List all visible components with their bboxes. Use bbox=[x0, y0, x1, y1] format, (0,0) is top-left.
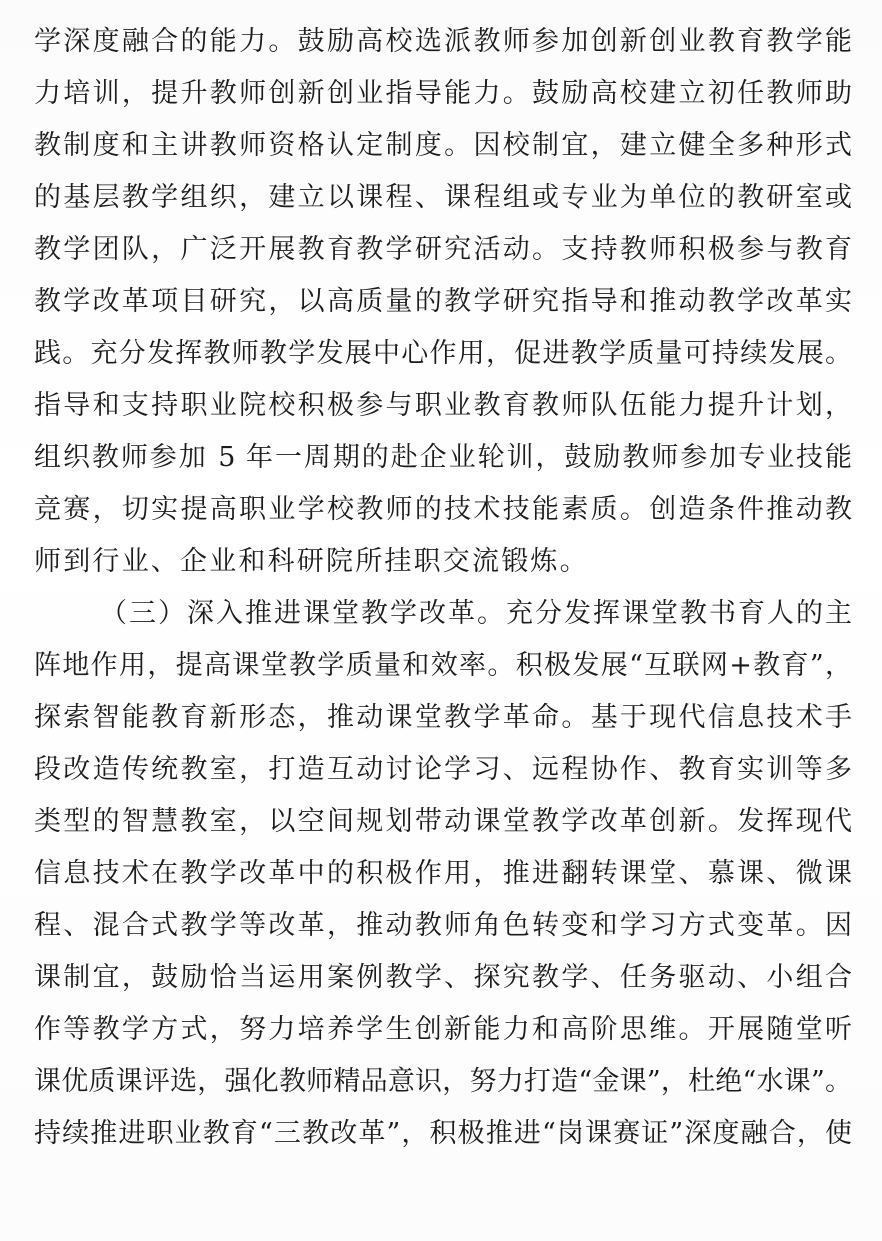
text-line: 组织教师参加 5 年一周期的赴企业轮训，鼓励教师参加专业技能 bbox=[34, 432, 852, 484]
text-line: 程、混合式教学等改革，推动教师角色转变和学习方式变革。因 bbox=[34, 900, 852, 952]
text-line: 类型的智慧教室，以空间规划带动课堂教学改革创新。发挥现代 bbox=[34, 796, 852, 848]
document-page: 学深度融合的能力。鼓励高校选派教师参加创新创业教育教学能 力培训，提升教师创新创… bbox=[0, 0, 882, 1241]
text-line: 指导和支持职业院校积极参与职业教育教师队伍能力提升计划， bbox=[34, 380, 852, 432]
paragraph-classroom-reform: （三）深入推进课堂教学改革。充分发挥课堂教书育人的主 阵地作用，提高课堂教学质量… bbox=[34, 588, 852, 1160]
text-line: 课制宜，鼓励恰当运用案例教学、探究教学、任务驱动、小组合 bbox=[34, 952, 852, 1004]
text-line: 教制度和主讲教师资格认定制度。因校制宜，建立健全多种形式 bbox=[34, 120, 852, 172]
text-line: 段改造传统教室，打造互动讨论学习、远程协作、教育实训等多 bbox=[34, 744, 852, 796]
text-line: 探索智能教育新形态，推动课堂教学革命。基于现代信息技术手 bbox=[34, 692, 852, 744]
text-line: 课优质课评选，强化教师精品意识，努力打造“金课”，杜绝“水课”。 bbox=[34, 1056, 852, 1108]
text-line: 信息技术在教学改革中的积极作用，推进翻转课堂、慕课、微课 bbox=[34, 848, 852, 900]
text-line: 力培训，提升教师创新创业指导能力。鼓励高校建立初任教师助 bbox=[34, 68, 852, 120]
text-line: 学深度融合的能力。鼓励高校选派教师参加创新创业教育教学能 bbox=[34, 16, 852, 68]
document-body: 学深度融合的能力。鼓励高校选派教师参加创新创业教育教学能 力培训，提升教师创新创… bbox=[34, 16, 852, 1160]
text-line: 教学改革项目研究，以高质量的教学研究指导和推动教学改革实 bbox=[34, 276, 852, 328]
text-line: 阵地作用，提高课堂教学质量和效率。积极发展“互联网+教育”， bbox=[34, 640, 852, 692]
text-line: 教学团队，广泛开展教育教学研究活动。支持教师积极参与教育 bbox=[34, 224, 852, 276]
text-line: 的基层教学组织，建立以课程、课程组或专业为单位的教研室或 bbox=[34, 172, 852, 224]
text-line: 持续推进职业教育“三教改革”，积极推进“岗课赛证”深度融合，使 bbox=[34, 1108, 852, 1160]
paragraph-teacher-development: 学深度融合的能力。鼓励高校选派教师参加创新创业教育教学能 力培训，提升教师创新创… bbox=[34, 16, 852, 588]
text-line: 践。充分发挥教师教学发展中心作用，促进教学质量可持续发展。 bbox=[34, 328, 852, 380]
text-line-paragraph-end: 师到行业、企业和科研院所挂职交流锻炼。 bbox=[34, 536, 852, 588]
text-line: 竞赛，切实提高职业学校教师的技术技能素质。创造条件推动教 bbox=[34, 484, 852, 536]
text-line: 作等教学方式，努力培养学生创新能力和高阶思维。开展随堂听 bbox=[34, 1004, 852, 1056]
section-heading-line: （三）深入推进课堂教学改革。充分发挥课堂教书育人的主 bbox=[34, 588, 852, 640]
